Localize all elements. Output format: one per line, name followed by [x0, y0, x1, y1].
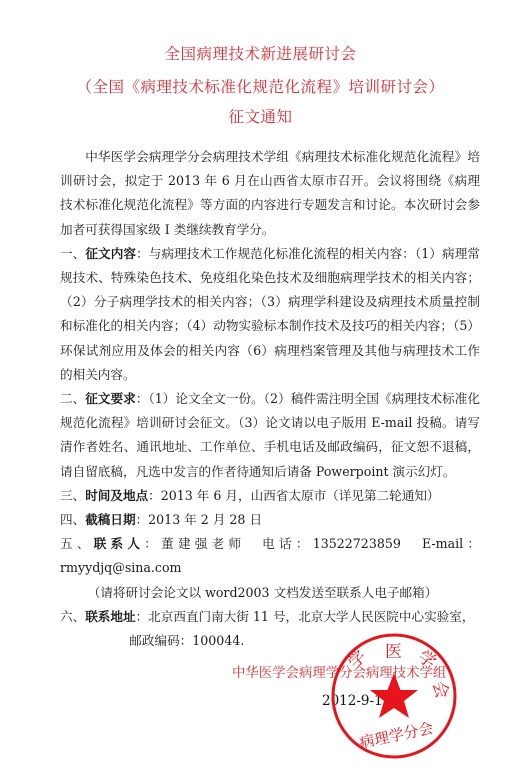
section-content: 一、征文内容：与病理技术工作规范化标准化流程的相关内容：（1）病理常规技术、特殊…	[60, 242, 480, 387]
section-heading: 征文要求	[85, 391, 136, 406]
section-number: 五、	[60, 536, 94, 551]
section-text: ：与病理技术工作规范化标准化流程的相关内容：（1）病理常规技术、特殊染色技术、免…	[60, 246, 480, 382]
section-heading: 征文内容	[85, 246, 136, 261]
section-number: 六、	[60, 609, 85, 624]
seal-bottom-text: 病理学分会	[358, 719, 435, 752]
title-line-3: 征文通知	[0, 105, 521, 127]
section-text: ：北京西直门南大街 11 号，北京大学人民医院中心实验室，	[136, 609, 475, 624]
section-contact: 五、联系人：董建强老师 电话：13522723859 E-mail：rmyydj…	[60, 532, 480, 580]
section-text: ：2013 年 6 月，山西省太原市（详见第二轮通知）	[148, 488, 439, 503]
contact-note: （请将研讨会论文以 word2003 文档发送至联系人电子邮箱）	[60, 581, 480, 605]
postal-code: 邮政编码：100044.	[60, 629, 480, 653]
section-heading: 截稿日期	[85, 512, 135, 527]
section-text: ：2013 年 2 月 28 日	[136, 512, 262, 527]
section-number: 二、	[60, 391, 85, 406]
seal-char: 会	[428, 679, 452, 701]
section-number: 三、	[60, 488, 85, 503]
intro-paragraph: 中华医学会病理学分会病理技术学组《病理技术标准化规范化流程》培训研讨会，拟定于 …	[60, 145, 480, 242]
section-deadline: 四、截稿日期：2013 年 2 月 28 日	[60, 508, 480, 532]
signature-date: 2012-9-1	[322, 693, 383, 709]
section-heading: 时间及地点	[85, 488, 148, 503]
section-time-place: 三、时间及地点：2013 年 6 月，山西省太原市（详见第二轮通知）	[60, 484, 480, 508]
section-address: 六、联系地址：北京西直门南大街 11 号，北京大学人民医院中心实验室，	[60, 605, 480, 629]
signature-organization: 中华医学会病理学分会病理技术学组	[232, 662, 446, 681]
section-heading: 联系人	[94, 536, 145, 551]
title-line-2: （全国《病理技术标准化规范化流程》培训研讨会）	[0, 75, 521, 97]
section-number: 四、	[60, 512, 85, 527]
section-heading: 联系地址	[85, 609, 135, 624]
section-number: 一、	[60, 246, 85, 261]
title-line-1: 全国病理技术新进展研讨会	[0, 42, 521, 64]
section-requirements: 二、征文要求：（1）论文全文一份。（2）稿件需注明全国《病理技术标准化规范化流程…	[60, 387, 480, 484]
document-body: 中华医学会病理学分会病理技术学组《病理技术标准化规范化流程》培训研讨会，拟定于 …	[60, 145, 480, 653]
